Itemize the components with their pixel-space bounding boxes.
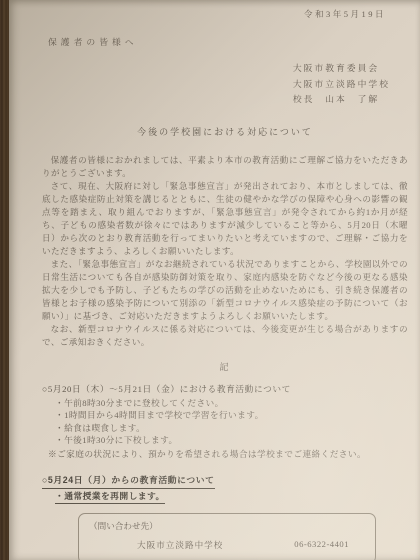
contact-phone-number: 06-6322-4401 (294, 539, 349, 551)
section2-list: ・通常授業を再開します。 (42, 490, 408, 505)
note-line: ※ご家庭の状況により、預かりを希望される場合は学校までご連絡ください。 (42, 448, 408, 461)
body-paragraph-3: また、「緊急事態宣言」がなお継続されている状況でありますことから、学校園以外での… (42, 258, 408, 323)
schedule-item: ・給食は喫食します。 (55, 422, 408, 435)
schedule-section-may24: ○5月24日（月）からの教育活動について ・通常授業を再開します。 (42, 474, 408, 505)
sender-principal: 校長 山本 了解 (293, 92, 390, 108)
contact-row: 大阪市立淡路中学校 06-6322-4401 (89, 539, 365, 551)
schedule-section-may20: ○5月20日（木）〜5月21日（金）における教育活動について ・午前8時30分ま… (42, 383, 408, 461)
schedule-item-text: ・通常授業を再開します。 (55, 490, 165, 505)
letter-paper: 令和3年5月19日 保護者の皆様へ 大阪市教育委員会 大阪市立淡路中学校 校長 … (9, 0, 420, 560)
document-title: 今後の学校園における対応について (42, 125, 408, 138)
body-text: 保護者の皆様におかれましては、平素より本市の教育活動にご理解ご協力をいただきあり… (42, 154, 408, 349)
schedule-item: ・午前8時30分までに登校してください。 (55, 397, 408, 410)
contact-box: （問い合わせ先） 大阪市立淡路中学校 06-6322-4401 (78, 513, 376, 560)
contact-label: （問い合わせ先） (89, 520, 365, 532)
addressee: 保護者の皆様へ (48, 35, 408, 48)
body-paragraph-2: さて、現在、大阪府に対し「緊急事態宣言」が発出されており、本市としましては、徹底… (42, 180, 408, 258)
schedule-item: ・通常授業を再開します。 (55, 490, 408, 505)
body-paragraph-4: なお、新型コロナウイルスに係る対応については、今後変更が生じる場合がありますので… (42, 323, 408, 349)
sender-organization: 大阪市教育委員会 (293, 61, 390, 77)
section1-heading: ○5月20日（木）〜5月21日（金）における教育活動について (42, 383, 408, 396)
contact-school-name: 大阪市立淡路中学校 (137, 539, 223, 551)
section2-heading: ○5月24日（月）からの教育活動について (42, 474, 215, 489)
schedule-item: ・1時間目から4時間目まで学校で学習を行います。 (55, 409, 408, 422)
body-paragraph-1: 保護者の皆様におかれましては、平素より本市の教育活動にご理解ご協力をいただきあり… (42, 154, 408, 180)
sender-block: 大阪市教育委員会 大阪市立淡路中学校 校長 山本 了解 (293, 61, 390, 108)
section1-list: ・午前8時30分までに登校してください。 ・1時間目から4時間目まで学校で学習を… (42, 397, 408, 447)
record-marker: 記 (42, 360, 408, 373)
schedule-item: ・午後1時30分に下校します。 (55, 434, 408, 447)
date-line: 令和3年5月19日 (42, 8, 386, 20)
sender-school: 大阪市立淡路中学校 (293, 77, 390, 93)
